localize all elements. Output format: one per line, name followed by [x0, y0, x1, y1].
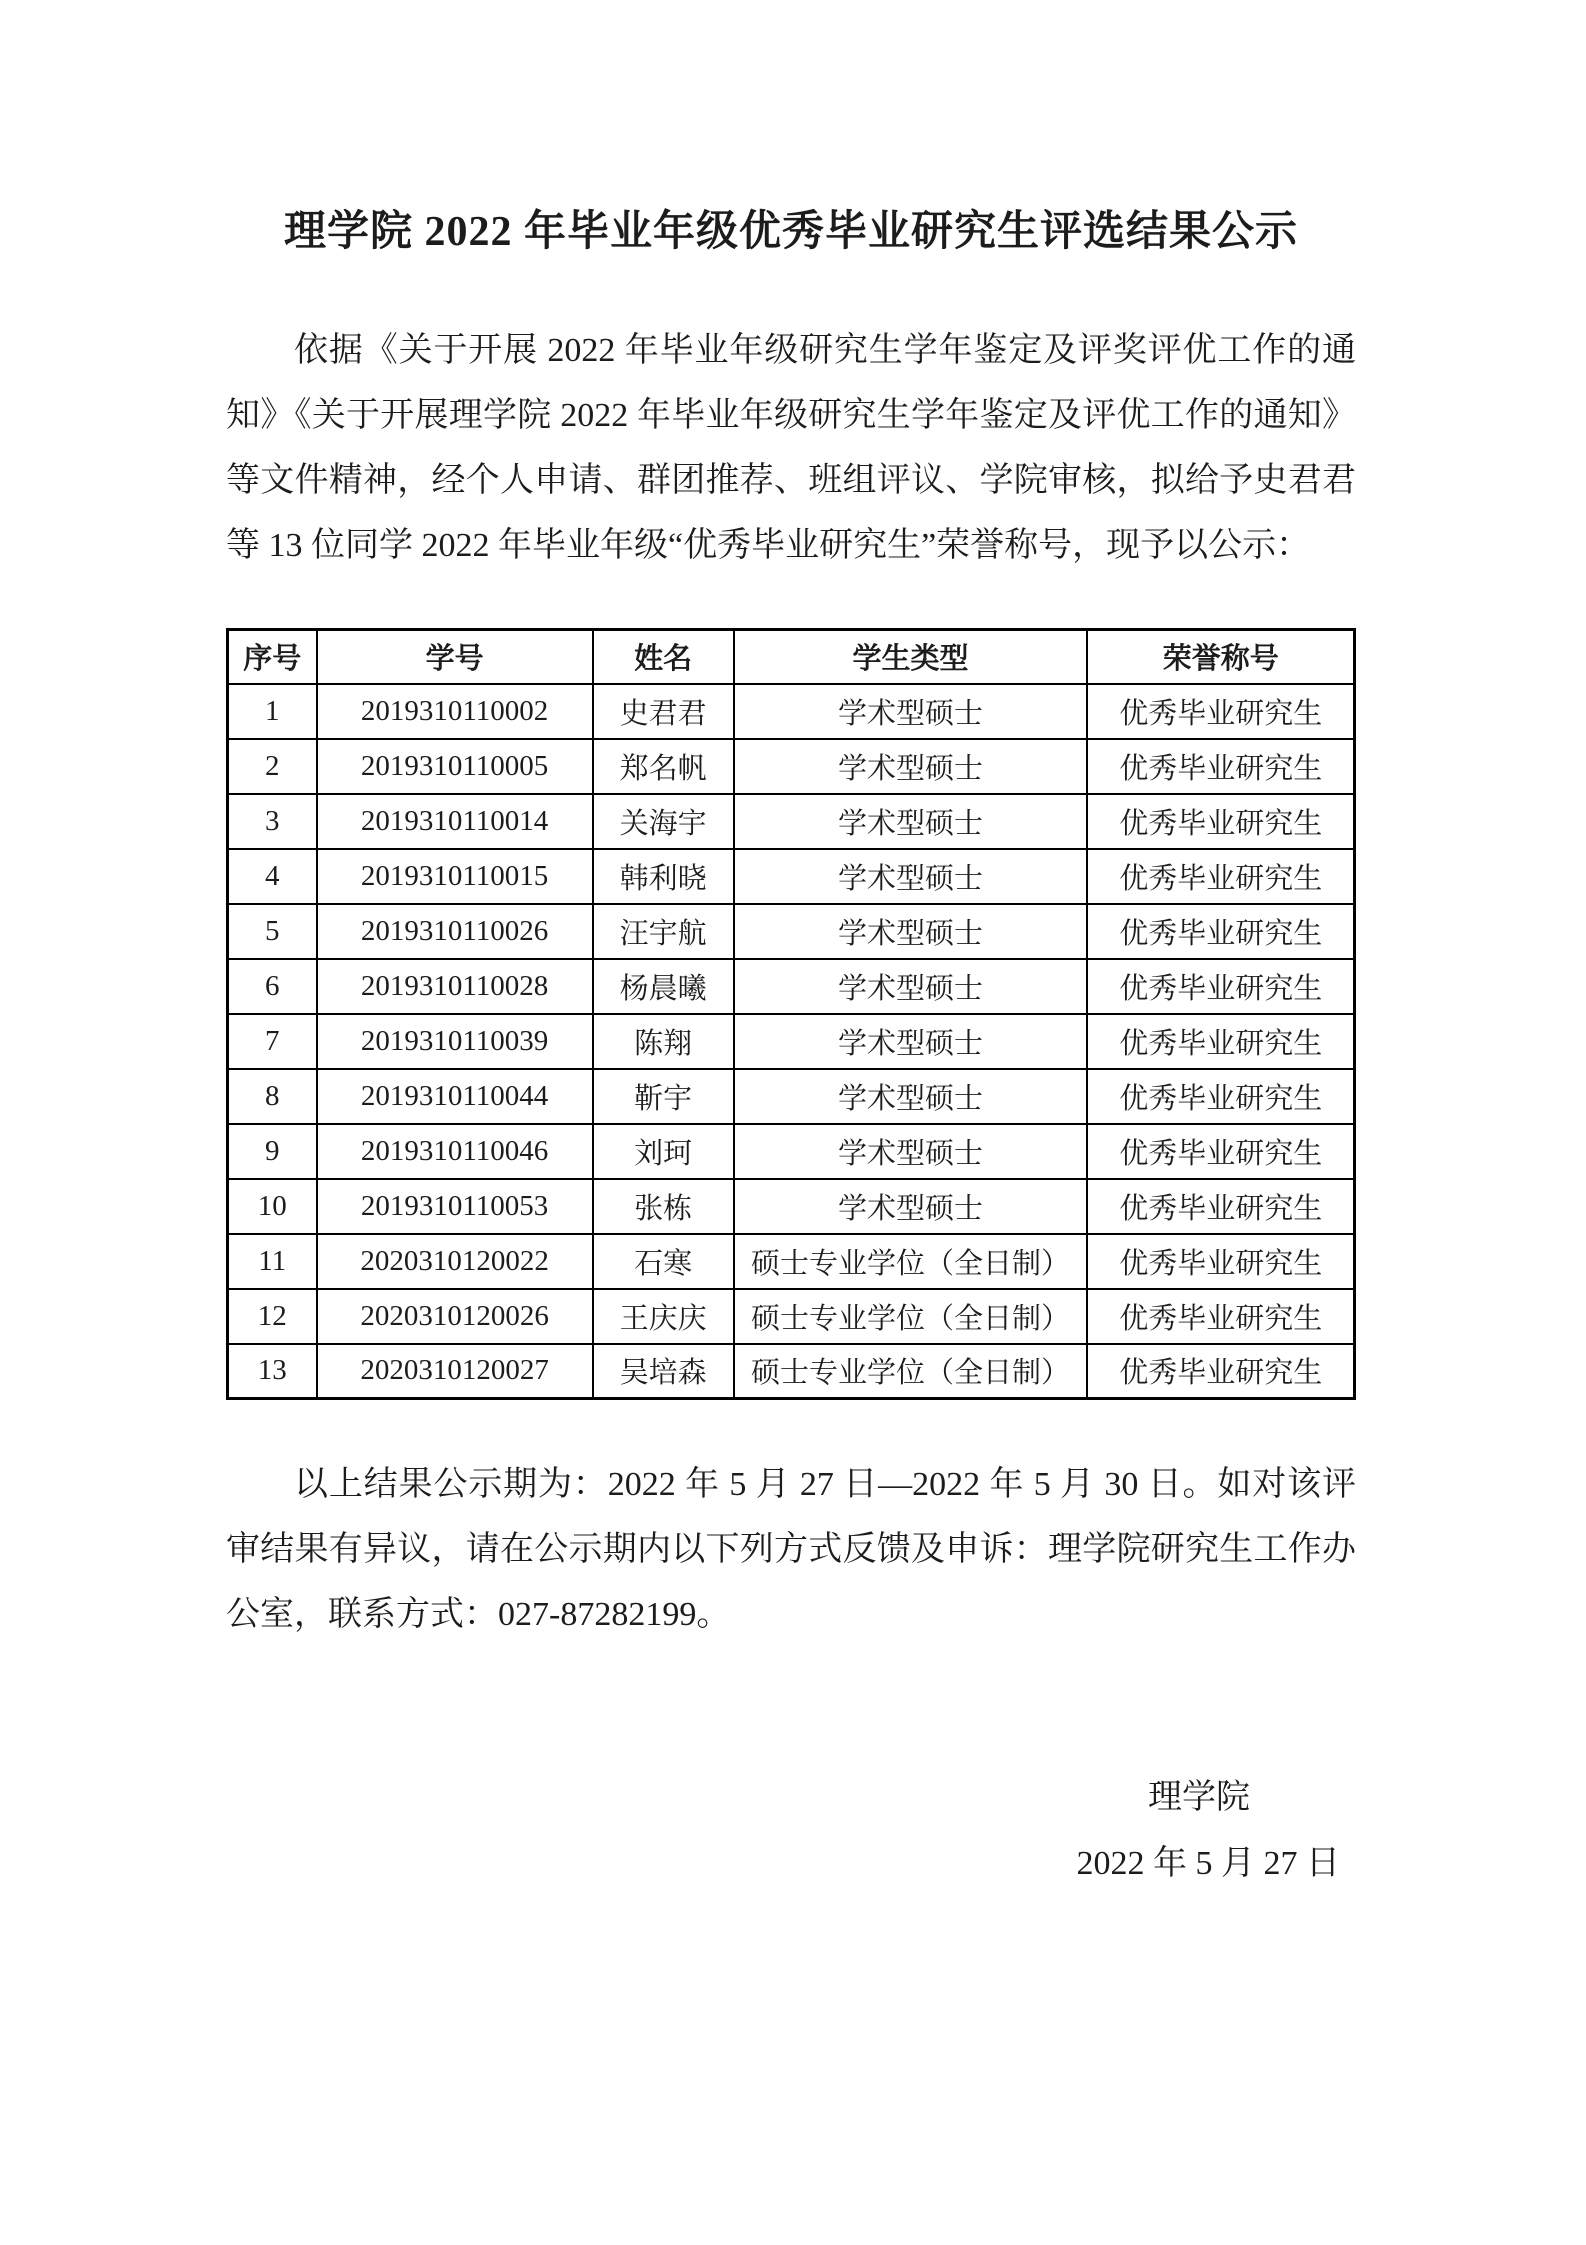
- table-cell: 张栋: [593, 1179, 734, 1234]
- document-page: 理学院 2022 年毕业年级优秀毕业研究生评选结果公示 依据《关于开展 2022…: [0, 0, 1586, 2245]
- table-row: 62019310110028杨晨曦学术型硕士优秀毕业研究生: [228, 959, 1355, 1014]
- intro-paragraph: 依据《关于开展 2022 年毕业年级研究生学年鉴定及评奖评优工作的通知》《关于开…: [226, 318, 1356, 578]
- table-cell: 学术型硕士: [734, 739, 1088, 794]
- table-cell: 学术型硕士: [734, 904, 1088, 959]
- table-cell: 2020310120022: [317, 1234, 593, 1289]
- col-header-student-id: 学号: [317, 630, 593, 684]
- table-cell: 7: [228, 1014, 317, 1069]
- table-cell: 优秀毕业研究生: [1087, 1069, 1354, 1124]
- col-header-honor-title: 荣誉称号: [1087, 630, 1354, 684]
- table-cell: 学术型硕士: [734, 959, 1088, 1014]
- table-cell: 硕士专业学位（全日制）: [734, 1234, 1088, 1289]
- table-row: 132020310120027吴培森硕士专业学位（全日制）优秀毕业研究生: [228, 1344, 1355, 1399]
- table-cell: 2019310110014: [317, 794, 593, 849]
- table-row: 12019310110002史君君学术型硕士优秀毕业研究生: [228, 684, 1355, 739]
- table-cell: 2019310110046: [317, 1124, 593, 1179]
- table-cell: 硕士专业学位（全日制）: [734, 1344, 1088, 1399]
- table-cell: 4: [228, 849, 317, 904]
- table-cell: 汪宇航: [593, 904, 734, 959]
- table-cell: 优秀毕业研究生: [1087, 739, 1354, 794]
- table-cell: 靳宇: [593, 1069, 734, 1124]
- table-row: 122020310120026王庆庆硕士专业学位（全日制）优秀毕业研究生: [228, 1289, 1355, 1344]
- table-cell: 优秀毕业研究生: [1087, 904, 1354, 959]
- results-table-header: 序号 学号 姓名 学生类型 荣誉称号: [228, 630, 1355, 684]
- table-row: 42019310110015韩利晓学术型硕士优秀毕业研究生: [228, 849, 1355, 904]
- table-row: 112020310120022石寒硕士专业学位（全日制）优秀毕业研究生: [228, 1234, 1355, 1289]
- table-cell: 优秀毕业研究生: [1087, 1344, 1354, 1399]
- table-cell: 2019310110044: [317, 1069, 593, 1124]
- table-cell: 郑名帆: [593, 739, 734, 794]
- signature-block: 理学院 2022 年 5 月 27 日: [226, 1765, 1356, 1897]
- table-cell: 学术型硕士: [734, 849, 1088, 904]
- table-cell: 学术型硕士: [734, 1069, 1088, 1124]
- table-cell: 13: [228, 1344, 317, 1399]
- col-header-student-type: 学生类型: [734, 630, 1088, 684]
- table-cell: 优秀毕业研究生: [1087, 849, 1354, 904]
- table-cell: 学术型硕士: [734, 1124, 1088, 1179]
- table-cell: 6: [228, 959, 317, 1014]
- table-cell: 优秀毕业研究生: [1087, 1289, 1354, 1344]
- table-cell: 5: [228, 904, 317, 959]
- table-cell: 吴培森: [593, 1344, 734, 1399]
- table-cell: 1: [228, 684, 317, 739]
- col-header-name: 姓名: [593, 630, 734, 684]
- results-table-body: 12019310110002史君君学术型硕士优秀毕业研究生22019310110…: [228, 684, 1355, 1399]
- table-cell: 优秀毕业研究生: [1087, 1124, 1354, 1179]
- table-cell: 8: [228, 1069, 317, 1124]
- table-cell: 学术型硕士: [734, 794, 1088, 849]
- table-row: 22019310110005郑名帆学术型硕士优秀毕业研究生: [228, 739, 1355, 794]
- table-cell: 优秀毕业研究生: [1087, 1179, 1354, 1234]
- table-cell: 2019310110028: [317, 959, 593, 1014]
- closing-paragraph: 以上结果公示期为：2022 年 5 月 27 日—2022 年 5 月 30 日…: [226, 1452, 1356, 1647]
- table-cell: 韩利晓: [593, 849, 734, 904]
- table-cell: 优秀毕业研究生: [1087, 684, 1354, 739]
- table-cell: 史君君: [593, 684, 734, 739]
- table-cell: 2019310110002: [317, 684, 593, 739]
- document-title: 理学院 2022 年毕业年级优秀毕业研究生评选结果公示: [226, 198, 1356, 258]
- table-cell: 石寒: [593, 1234, 734, 1289]
- col-header-index: 序号: [228, 630, 317, 684]
- table-row: 52019310110026汪宇航学术型硕士优秀毕业研究生: [228, 904, 1355, 959]
- table-cell: 优秀毕业研究生: [1087, 794, 1354, 849]
- table-cell: 3: [228, 794, 317, 849]
- table-cell: 9: [228, 1124, 317, 1179]
- table-cell: 2019310110026: [317, 904, 593, 959]
- table-cell: 2020310120026: [317, 1289, 593, 1344]
- table-cell: 优秀毕业研究生: [1087, 1014, 1354, 1069]
- signature-date: 2022 年 5 月 27 日: [226, 1831, 1356, 1897]
- table-cell: 王庆庆: [593, 1289, 734, 1344]
- table-cell: 2019310110039: [317, 1014, 593, 1069]
- table-cell: 优秀毕业研究生: [1087, 959, 1354, 1014]
- table-cell: 11: [228, 1234, 317, 1289]
- table-cell: 陈翔: [593, 1014, 734, 1069]
- table-cell: 10: [228, 1179, 317, 1234]
- header-row: 序号 学号 姓名 学生类型 荣誉称号: [228, 630, 1355, 684]
- table-row: 92019310110046刘珂学术型硕士优秀毕业研究生: [228, 1124, 1355, 1179]
- table-cell: 杨晨曦: [593, 959, 734, 1014]
- table-cell: 2019310110015: [317, 849, 593, 904]
- table-cell: 12: [228, 1289, 317, 1344]
- table-cell: 关海宇: [593, 794, 734, 849]
- table-cell: 2019310110053: [317, 1179, 593, 1234]
- table-cell: 刘珂: [593, 1124, 734, 1179]
- table-cell: 学术型硕士: [734, 1014, 1088, 1069]
- table-row: 82019310110044靳宇学术型硕士优秀毕业研究生: [228, 1069, 1355, 1124]
- table-cell: 2019310110005: [317, 739, 593, 794]
- signature-org: 理学院: [226, 1765, 1356, 1831]
- results-table: 序号 学号 姓名 学生类型 荣誉称号 12019310110002史君君学术型硕…: [226, 628, 1356, 1400]
- table-row: 72019310110039陈翔学术型硕士优秀毕业研究生: [228, 1014, 1355, 1069]
- table-row: 102019310110053张栋学术型硕士优秀毕业研究生: [228, 1179, 1355, 1234]
- table-cell: 学术型硕士: [734, 1179, 1088, 1234]
- table-cell: 2020310120027: [317, 1344, 593, 1399]
- table-row: 32019310110014关海宇学术型硕士优秀毕业研究生: [228, 794, 1355, 849]
- table-cell: 2: [228, 739, 317, 794]
- table-cell: 学术型硕士: [734, 684, 1088, 739]
- table-cell: 优秀毕业研究生: [1087, 1234, 1354, 1289]
- table-cell: 硕士专业学位（全日制）: [734, 1289, 1088, 1344]
